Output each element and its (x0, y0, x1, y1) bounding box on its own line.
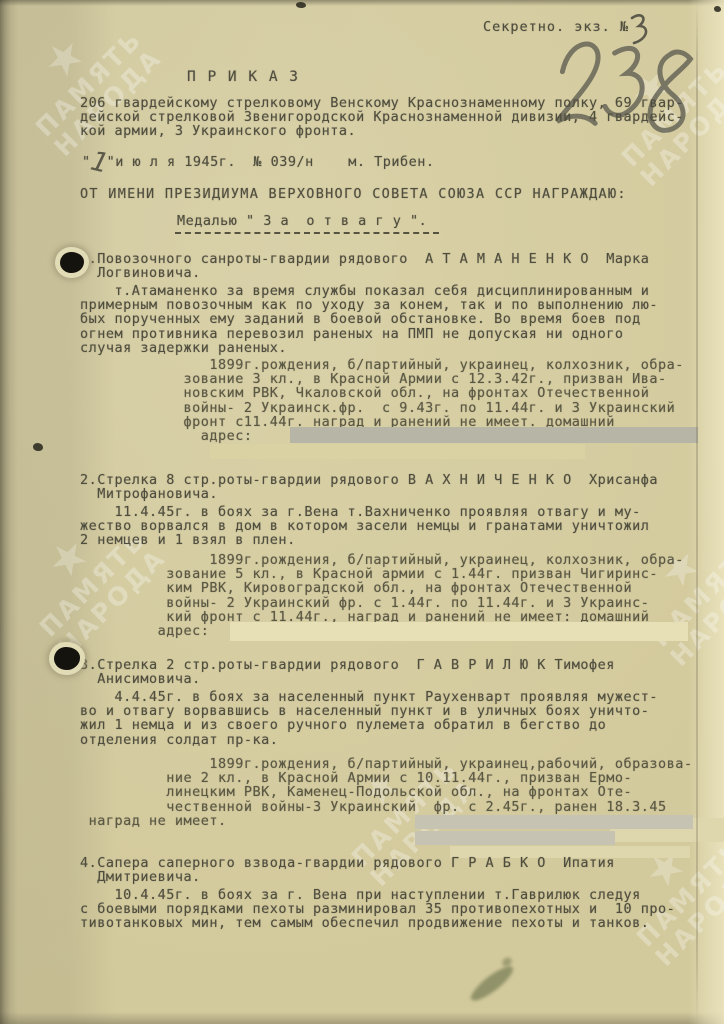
entry-4-citation: 10.4.45г. в боях за г. Вена при наступле… (80, 888, 675, 931)
award-authority-line: ОТ ИМЕНИ ПРЕЗИДИУМА ВЕРХОВНОГО СОВЕТА СО… (80, 187, 627, 201)
hole-punch (54, 647, 80, 670)
paper-speck (296, 2, 306, 8)
entry-3-header: 3.Стрелка 2 стр.роты-гвардии рядового Г … (80, 658, 615, 686)
date-line: "1"и ю л я 1945г. № 039/н м. Трибен. (82, 155, 435, 169)
paper-speck (33, 443, 43, 451)
document-page: ★ ПАМЯТЬ НАРОДА ★ ПАМЯТЬ НАРОДА ★ ПАМЯТЬ… (0, 0, 724, 1024)
entry-4-header: 4.Сапера саперного взвода-гвардии рядово… (80, 856, 615, 884)
medal-name: Медалью " З а о т в а г у ". (175, 213, 439, 234)
paper-speck (714, 6, 721, 12)
fold-crease (696, 0, 698, 1024)
handwritten-day: 1 (90, 157, 107, 169)
entry-2-header: 2.Стрелка 8 стр.роты-гвардии рядового В … (80, 473, 658, 501)
redaction-bar (230, 622, 688, 641)
unit-designation: 206 гвардейскому стрелковому Венскому Кр… (80, 96, 684, 139)
redaction-bar (210, 444, 585, 459)
redaction-bar (415, 815, 693, 829)
entry-1-header: 1.Повозочного санроты-гвардии рядового А… (80, 252, 649, 280)
entry-1-citation: т.Атаманенко за время службы показал себ… (80, 284, 658, 355)
entry-2-citation: 11.4.45г. в боях за г.Вена т.Вахниченко … (80, 505, 649, 548)
redaction-bar (415, 831, 615, 845)
redaction-bar (290, 427, 698, 443)
document-title: П Р И К А З (187, 70, 300, 84)
date-text: "и ю л я 1945г. № 039/н м. Трибен. (107, 154, 435, 170)
pencil-smudge (467, 962, 517, 1006)
medal-line: Медалью " З а о т в а г у ". (175, 214, 439, 228)
entry-3-citation: 4.4.45г. в боях за населенный пункт Раух… (80, 690, 658, 747)
